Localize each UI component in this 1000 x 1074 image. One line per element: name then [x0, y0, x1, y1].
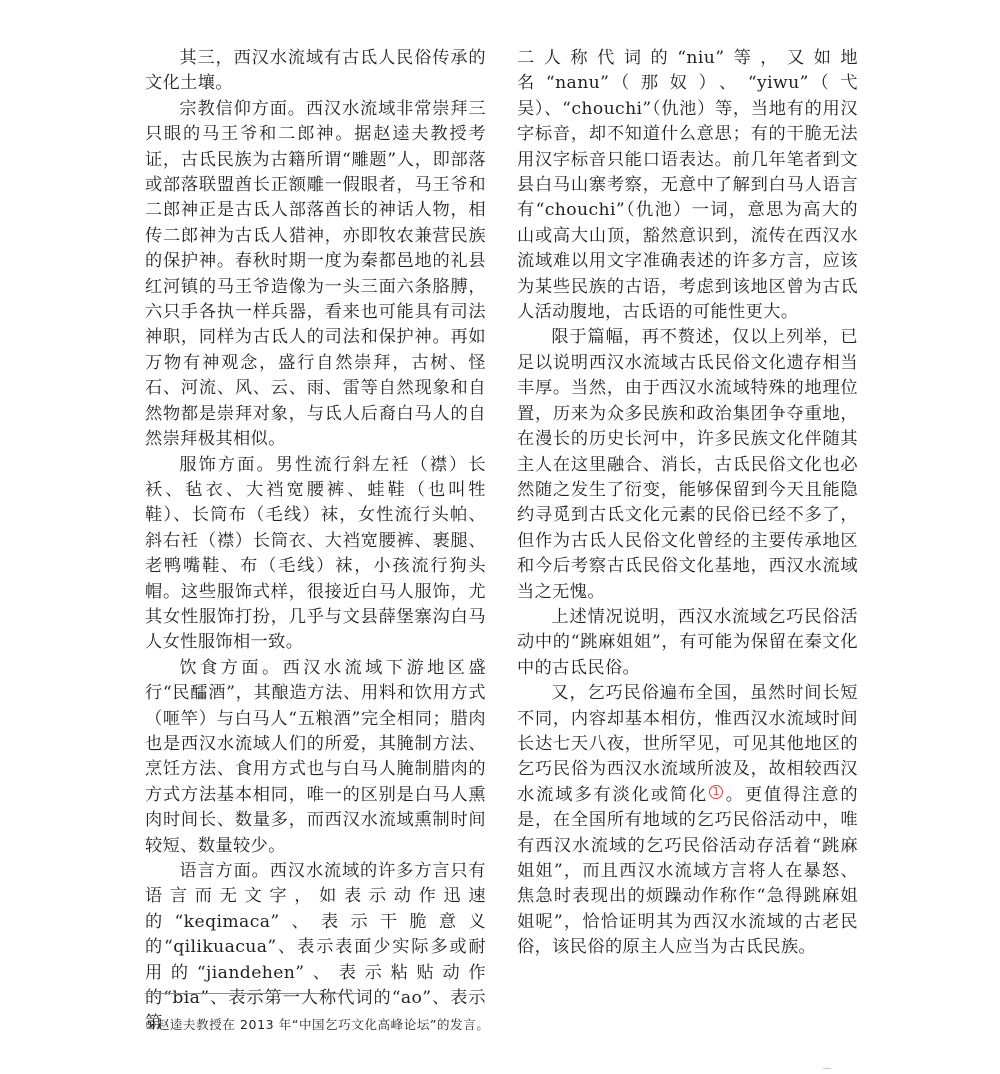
paragraph-text-after-note: 。更值得注意的是，在全国所有地域的乞巧民俗活动中，唯有西汉水流域的乞巧民俗活动存… [517, 785, 858, 957]
paragraph-diet: 饮食方面。西汉水流域下游地区盛行“民醽酒”，其酿造方法、用料和饮用方式（咂竿）与… [145, 656, 486, 859]
footnote-divider [145, 993, 357, 994]
left-column: 其三，西汉水流域有古氐人民俗传承的文化土壤。 宗教信仰方面。西汉水流域非常崇拜三… [145, 46, 486, 1037]
footnote-reference-marker[interactable]: 1 [709, 785, 723, 799]
paragraph-cultural-soil: 其三，西汉水流域有古氐人民俗传承的文化土壤。 [145, 46, 486, 97]
paragraph-religion: 宗教信仰方面。西汉水流域非常崇拜三只眼的马王爷和二郎神。据赵逵夫教授考证，古氐民… [145, 97, 486, 453]
footnote-1: ①赵逵夫教授在 2013 年“中国乞巧文化高峰论坛”的发言。 [145, 1016, 489, 1034]
paragraph-summary: 限于篇幅，再不赘述，仅以上列举，已足以说明西汉水流域古氐民俗文化遗存相当丰厚。当… [517, 325, 858, 604]
footnote-marker: ① [145, 1017, 157, 1032]
document-page: 其三，西汉水流域有古氐人民俗传承的文化土壤。 宗教信仰方面。西汉水流域非常崇拜三… [0, 0, 1000, 1074]
paragraph-conclusion: 上述情况说明，西汉水流域乞巧民俗活动中的“跳麻姐姐”，有可能为保留在秦文化中的古… [517, 605, 858, 681]
paragraph-language: 语言方面。西汉水流域的许多方言只有语言而无文字，如表示动作迅速的“keqimac… [145, 859, 486, 1037]
footnote-text: 赵逵夫教授在 2013 年“中国乞巧文化高峰论坛”的发言。 [157, 1017, 490, 1032]
page-corner-mark [823, 1068, 831, 1069]
right-column: 二人称代词的“niu”等，又如地名“nanu”（那奴）、“yiwu”（弋吴）、“… [517, 46, 858, 961]
paragraph-qiqiao-folk: 又，乞巧民俗遍布全国，虽然时间长短不同，内容却基本相仿，惟西汉水流域时间长达七天… [517, 681, 858, 960]
paragraph-language-continued: 二人称代词的“niu”等，又如地名“nanu”（那奴）、“yiwu”（弋吴）、“… [517, 46, 858, 325]
paragraph-clothing: 服饰方面。男性流行斜左衽（襟）长袄、毡衣、大裆宽腰裤、蛙鞋（也叫牲鞋）、长筒布（… [145, 453, 486, 656]
